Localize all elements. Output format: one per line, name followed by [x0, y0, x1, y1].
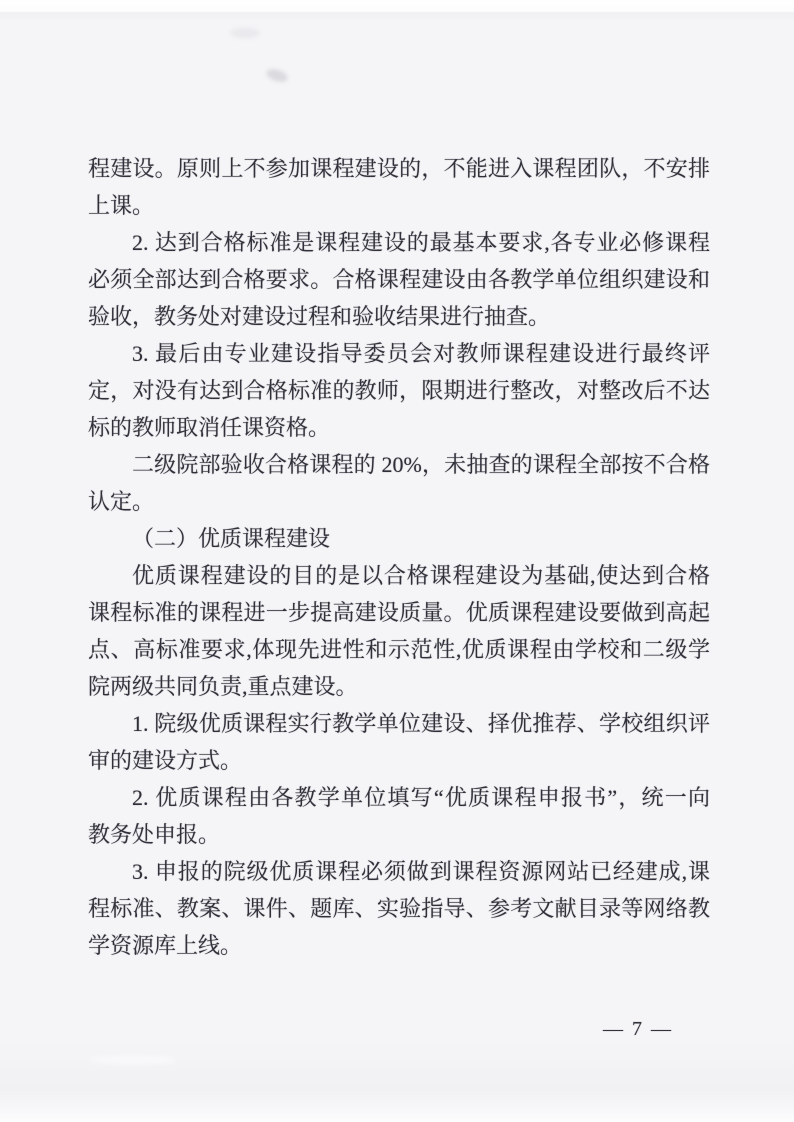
text-line: 课程标准的课程进一步提高建设质量。优质课程建设要做到高起 — [88, 594, 710, 631]
text-line: 学资源库上线。 — [88, 927, 710, 964]
text-line: 院两级共同负责,重点建设。 — [88, 668, 710, 705]
text-line: 1. 院级优质课程实行教学单位建设、择优推荐、学校组织评 — [88, 705, 710, 742]
scanned-document-page: 程建设。原则上不参加课程建设的，不能进入课程团队，不安排上课。2. 达到合格标准… — [0, 0, 794, 1122]
text-line: 2. 达到合格标准是课程建设的最基本要求,各专业必修课程 — [88, 224, 710, 261]
text-line: 程建设。原则上不参加课程建设的，不能进入课程团队，不安排 — [88, 150, 710, 187]
text-line: 2. 优质课程由各教学单位填写“优质课程申报书”，统一向 — [88, 779, 710, 816]
text-line: 必须全部达到合格要求。合格课程建设由各教学单位组织建设和 — [88, 261, 710, 298]
text-line: 认定。 — [88, 483, 710, 520]
text-line: 优质课程建设的目的是以合格课程建设为基础,使达到合格 — [88, 557, 710, 594]
text-line: 标的教师取消任课资格。 — [88, 409, 710, 446]
text-line: 审的建设方式。 — [88, 742, 710, 779]
text-line: 验收，教务处对建设过程和验收结果进行抽查。 — [88, 298, 710, 335]
scan-smudge — [88, 1056, 178, 1064]
text-line: 定，对没有达到合格标准的教师，限期进行整改，对整改后不达 — [88, 372, 710, 409]
text-line: 3. 申报的院级优质课程必须做到课程资源网站已经建成,课 — [88, 853, 710, 890]
text-line: 二级院部验收合格课程的 20%，未抽查的课程全部按不合格 — [88, 446, 710, 483]
page-number: — 7 — — [603, 1018, 673, 1041]
scan-smudge — [230, 28, 260, 38]
scan-smudge — [265, 67, 289, 84]
text-line: （二）优质课程建设 — [88, 520, 710, 557]
text-line: 3. 最后由专业建设指导委员会对教师课程建设进行最终评 — [88, 335, 710, 372]
text-line: 点、高标准要求,体现先进性和示范性,优质课程由学校和二级学 — [88, 631, 710, 668]
text-line: 教务处申报。 — [88, 816, 710, 853]
text-line: 程标准、教案、课件、题库、实验指导、参考文献目录等网络教 — [88, 890, 710, 927]
text-line: 上课。 — [88, 187, 710, 224]
document-body: 程建设。原则上不参加课程建设的，不能进入课程团队，不安排上课。2. 达到合格标准… — [88, 150, 710, 964]
